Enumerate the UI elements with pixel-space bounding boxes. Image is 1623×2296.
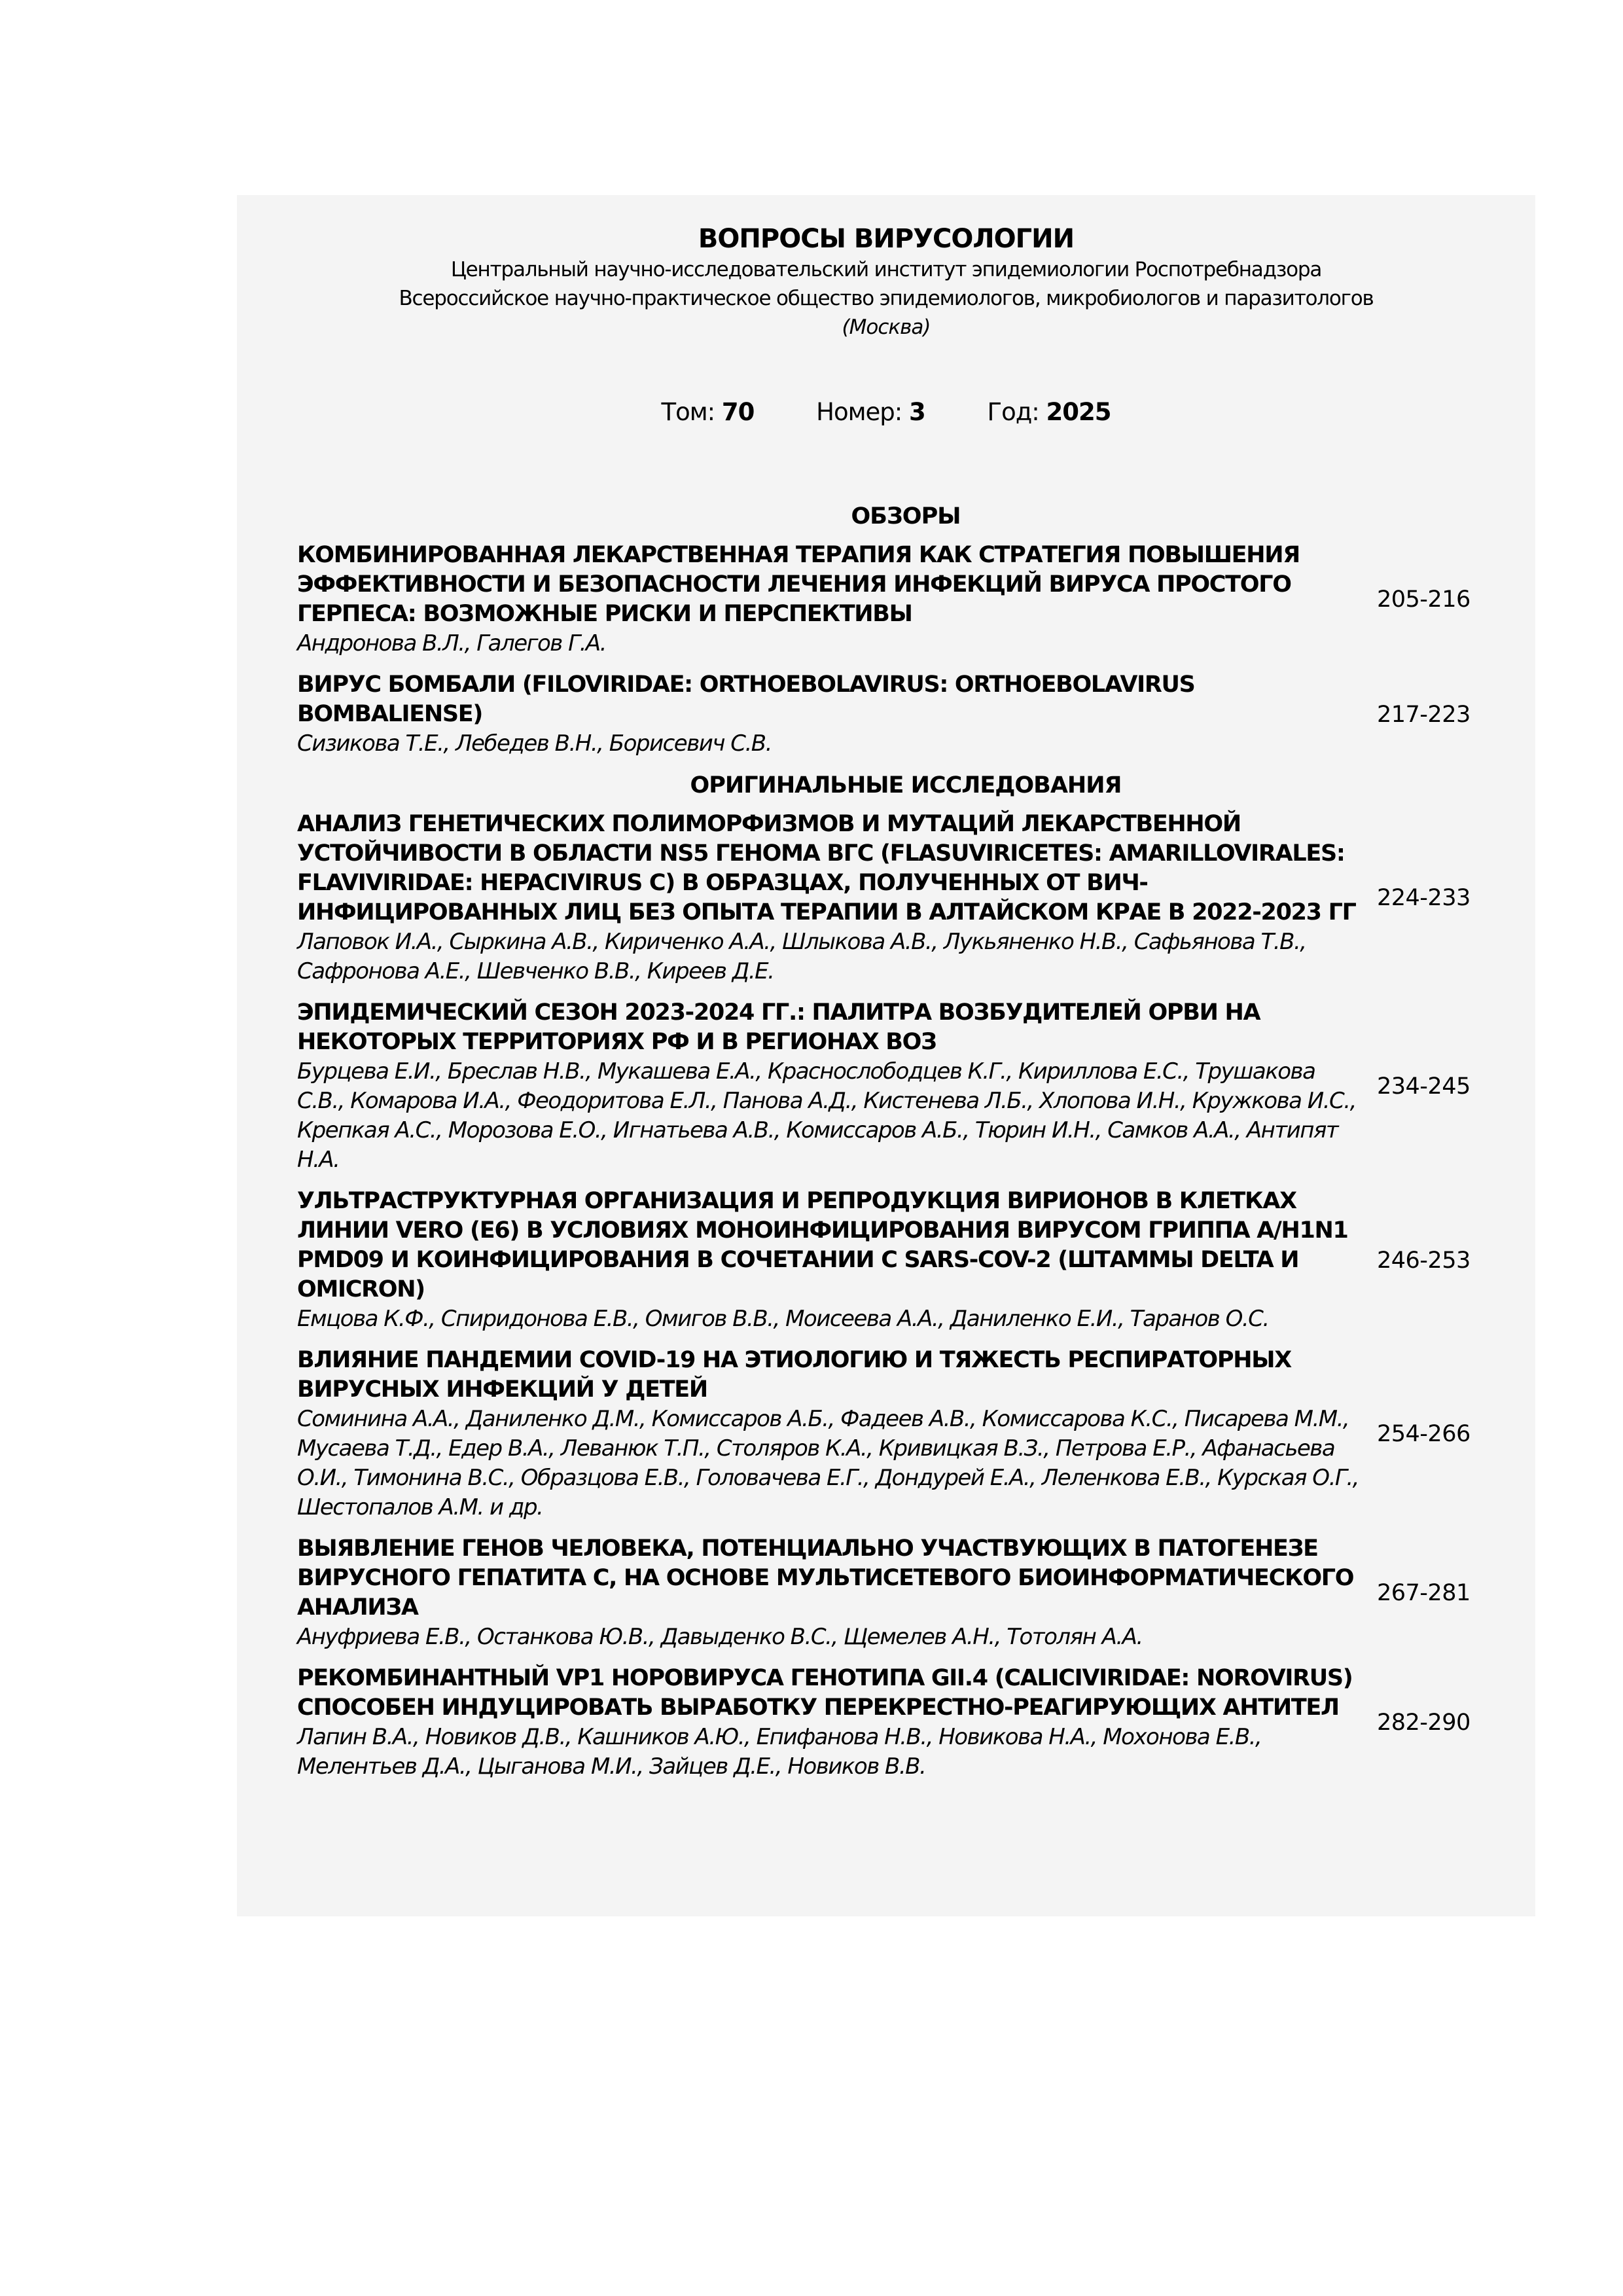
number: Номер: 3: [816, 398, 925, 426]
article-title[interactable]: КОМБИНИРОВАННАЯ ЛЕКАРСТВЕННАЯ ТЕРАПИЯ КА…: [297, 541, 1361, 629]
article-entry[interactable]: АНАЛИЗ ГЕНЕТИЧЕСКИХ ПОЛИМОРФИЗМОВ И МУТА…: [297, 810, 1514, 986]
section-heading: ОБЗОРЫ: [297, 501, 1514, 531]
article-title[interactable]: ВЫЯВЛЕНИЕ ГЕНОВ ЧЕЛОВЕКА, ПОТЕНЦИАЛЬНО У…: [297, 1534, 1361, 1623]
article-authors: Емцова К.Ф., Спиридонова Е.В., Омигов В.…: [297, 1304, 1361, 1334]
volume-label: Том:: [661, 398, 715, 426]
article-pages: 205-216: [1377, 586, 1471, 613]
article-text: ВИРУС БОМБАЛИ (FILOVIRIDAE: ORTHOEBOLAVI…: [297, 670, 1361, 759]
article-title[interactable]: ВИРУС БОМБАЛИ (FILOVIRIDAE: ORTHOEBOLAVI…: [297, 670, 1361, 729]
year-value: 2025: [1046, 398, 1111, 426]
article-pages: 234-245: [1377, 1073, 1471, 1100]
year-label: Год:: [988, 398, 1039, 426]
table-of-contents: ОБЗОРЫКОМБИНИРОВАННАЯ ЛЕКАРСТВЕННАЯ ТЕРА…: [297, 501, 1514, 1793]
article-text: АНАЛИЗ ГЕНЕТИЧЕСКИХ ПОЛИМОРФИЗМОВ И МУТА…: [297, 810, 1361, 986]
toc-panel: ВОПРОСЫ ВИРУСОЛОГИИ Центральный научно-и…: [237, 195, 1535, 1916]
article-pages: 246-253: [1377, 1247, 1471, 1274]
article-authors: Сизикова Т.Е., Лебедев В.Н., Борисевич С…: [297, 729, 1361, 759]
article-pages: 267-281: [1377, 1580, 1471, 1606]
article-title[interactable]: АНАЛИЗ ГЕНЕТИЧЕСКИХ ПОЛИМОРФИЗМОВ И МУТА…: [297, 810, 1361, 927]
article-text: ЭПИДЕМИЧЕСКИЙ СЕЗОН 2023-2024 ГГ.: ПАЛИТ…: [297, 998, 1361, 1175]
article-title[interactable]: УЛЬТРАСТРУКТУРНАЯ ОРГАНИЗАЦИЯ И РЕПРОДУК…: [297, 1187, 1361, 1304]
article-authors: Ануфриева Е.В., Останкова Ю.В., Давыденк…: [297, 1623, 1361, 1652]
article-text: ВЫЯВЛЕНИЕ ГЕНОВ ЧЕЛОВЕКА, ПОТЕНЦИАЛЬНО У…: [297, 1534, 1361, 1652]
year: Год: 2025: [988, 398, 1111, 426]
article-authors: Бурцева Е.И., Бреслав Н.В., Мукашева Е.А…: [297, 1057, 1361, 1175]
article-title[interactable]: ЭПИДЕМИЧЕСКИЙ СЕЗОН 2023-2024 ГГ.: ПАЛИТ…: [297, 998, 1361, 1057]
article-entry[interactable]: ВИРУС БОМБАЛИ (FILOVIRIDAE: ORTHOEBOLAVI…: [297, 670, 1514, 759]
organization-1: Центральный научно-исследовательский инс…: [237, 255, 1535, 284]
number-value: 3: [909, 398, 925, 426]
article-authors: Соминина А.А., Даниленко Д.М., Комиссаро…: [297, 1405, 1361, 1522]
article-text: КОМБИНИРОВАННАЯ ЛЕКАРСТВЕННАЯ ТЕРАПИЯ КА…: [297, 541, 1361, 658]
article-entry[interactable]: УЛЬТРАСТРУКТУРНАЯ ОРГАНИЗАЦИЯ И РЕПРОДУК…: [297, 1187, 1514, 1334]
organization-2: Всероссийское научно-практическое общест…: [237, 284, 1535, 313]
volume: Том: 70: [661, 398, 754, 426]
article-pages: 282-290: [1377, 1710, 1471, 1736]
article-pages: 217-223: [1377, 702, 1471, 728]
issue-info: Том: 70 Номер: 3 Год: 2025: [237, 398, 1535, 426]
city: (Москва): [237, 313, 1535, 342]
article-title[interactable]: ВЛИЯНИЕ ПАНДЕМИИ COVID-19 НА ЭТИОЛОГИЮ И…: [297, 1346, 1361, 1405]
journal-title: ВОПРОСЫ ВИРУСОЛОГИИ: [237, 223, 1535, 255]
article-title[interactable]: РЕКОМБИНАНТНЫЙ VP1 НОРОВИРУСА ГЕНОТИПА G…: [297, 1664, 1361, 1723]
article-text: РЕКОМБИНАНТНЫЙ VP1 НОРОВИРУСА ГЕНОТИПА G…: [297, 1664, 1361, 1782]
article-entry[interactable]: ВЫЯВЛЕНИЕ ГЕНОВ ЧЕЛОВЕКА, ПОТЕНЦИАЛЬНО У…: [297, 1534, 1514, 1652]
masthead: ВОПРОСЫ ВИРУСОЛОГИИ Центральный научно-и…: [237, 223, 1535, 342]
article-entry[interactable]: РЕКОМБИНАНТНЫЙ VP1 НОРОВИРУСА ГЕНОТИПА G…: [297, 1664, 1514, 1782]
article-text: ВЛИЯНИЕ ПАНДЕМИИ COVID-19 НА ЭТИОЛОГИЮ И…: [297, 1346, 1361, 1522]
article-entry[interactable]: ВЛИЯНИЕ ПАНДЕМИИ COVID-19 НА ЭТИОЛОГИЮ И…: [297, 1346, 1514, 1522]
number-label: Номер:: [816, 398, 902, 426]
article-text: УЛЬТРАСТРУКТУРНАЯ ОРГАНИЗАЦИЯ И РЕПРОДУК…: [297, 1187, 1361, 1334]
article-authors: Андронова В.Л., Галегов Г.А.: [297, 629, 1361, 658]
volume-value: 70: [722, 398, 755, 426]
article-authors: Лапин В.А., Новиков Д.В., Кашников А.Ю.,…: [297, 1723, 1361, 1782]
article-entry[interactable]: КОМБИНИРОВАННАЯ ЛЕКАРСТВЕННАЯ ТЕРАПИЯ КА…: [297, 541, 1514, 658]
section-heading: ОРИГИНАЛЬНЫЕ ИССЛЕДОВАНИЯ: [297, 770, 1514, 800]
article-authors: Лаповок И.А., Сыркина А.В., Кириченко А.…: [297, 927, 1361, 986]
article-pages: 254-266: [1377, 1421, 1471, 1447]
article-pages: 224-233: [1377, 885, 1471, 911]
article-entry[interactable]: ЭПИДЕМИЧЕСКИЙ СЕЗОН 2023-2024 ГГ.: ПАЛИТ…: [297, 998, 1514, 1175]
